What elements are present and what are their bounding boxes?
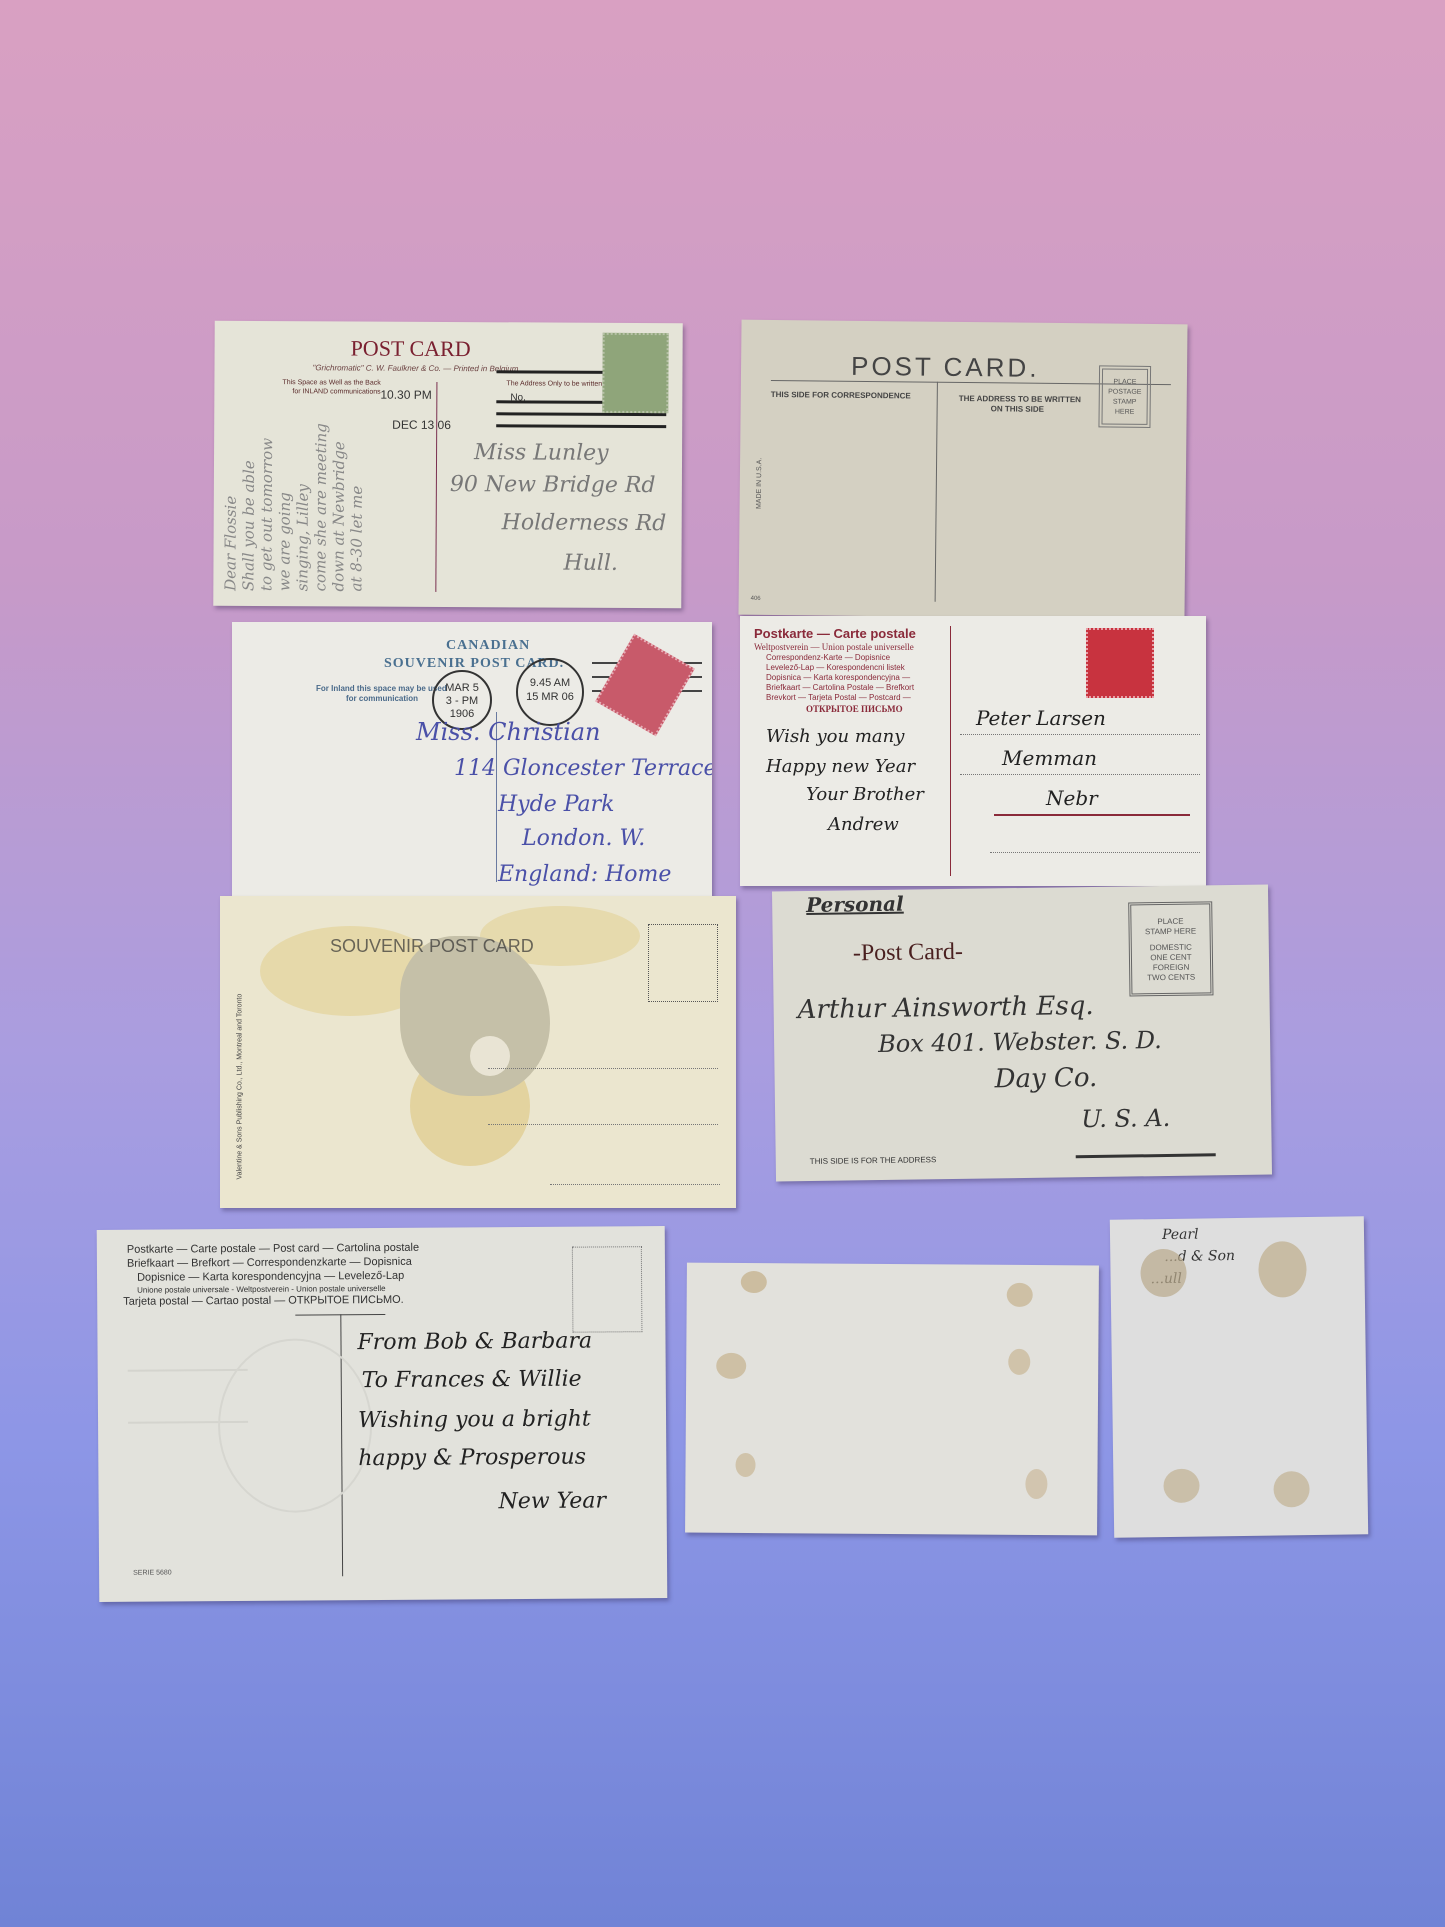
glue-stain <box>741 1271 767 1293</box>
postmark-date: DEC 13 06 <box>392 418 451 432</box>
series-number: SERIE 5680 <box>133 1569 172 1576</box>
left-caption: THIS SIDE FOR CORRESPONDENCE <box>771 390 911 400</box>
red-stamp <box>595 634 695 737</box>
address-line: 114 Gloncester Terrace <box>454 756 712 781</box>
address-footer: THIS SIDE IS FOR THE ADDRESS <box>810 1155 937 1166</box>
divider-line <box>950 626 951 876</box>
multilingual-line: Tarjeta postal — Cartao postal — ОТКРЫТО… <box>123 1294 404 1308</box>
cancel-line <box>496 424 666 428</box>
multilingual-line: Dopisnice — Karta korespondencyjna — Lev… <box>137 1270 404 1284</box>
address-underline <box>994 814 1190 816</box>
postcard-title: Postkarte — Carte postale <box>754 626 916 641</box>
red-stamp <box>1086 628 1154 698</box>
message-line: Your Brother <box>806 784 924 805</box>
right-caption: THE ADDRESS TO BE WRITTEN <box>959 394 1081 404</box>
address-line: Miss. Christian <box>416 718 601 746</box>
address-line: Day Co. <box>994 1063 1097 1094</box>
divider-line <box>435 382 437 592</box>
card-number: 406 <box>751 596 761 602</box>
postcard-fragment-pearl: Pearl ...d & Son ...ull <box>1110 1216 1368 1538</box>
multilingual-line: ОТКРЫТОЕ ПИСЬМО <box>806 704 903 714</box>
caption-2: for communication <box>346 694 418 703</box>
postcard-peter-larsen: Postkarte — Carte postale Weltpostverein… <box>740 616 1206 886</box>
postcard-canadian-souvenir: CANADIAN SOUVENIR POST CARD. For Inland … <box>232 622 712 900</box>
address-dotline <box>550 1184 720 1185</box>
message-line: To Frances & Willie <box>362 1367 582 1394</box>
glue-stain <box>1273 1471 1309 1507</box>
postcard-blank-stained <box>685 1263 1099 1536</box>
message-line: Wish you many <box>766 726 904 747</box>
message-line: come she are meeting <box>311 331 330 591</box>
stamp-box-dotted <box>572 1246 643 1332</box>
postmark-time: 3 - PM <box>434 695 490 708</box>
address-dotline <box>488 1068 718 1069</box>
green-stamp <box>602 333 668 413</box>
postmark-date: MAR 5 <box>434 682 490 695</box>
postcard-bob-barbara: Postkarte — Carte postale — Post card — … <box>97 1226 668 1602</box>
address-line: 90 New Bridge Rd <box>450 472 656 498</box>
stamp-box-line: HERE <box>1103 407 1147 417</box>
message-line: Andrew <box>828 814 899 835</box>
stamp-box-line: PLACE <box>1103 377 1147 387</box>
message-line: Shall you be able <box>239 331 258 591</box>
stamp-box-line: TWO CENTS <box>1132 972 1210 983</box>
address-line: Nebr <box>1046 786 1098 810</box>
address-line: Arthur Ainsworth Esq. <box>797 991 1093 1025</box>
message-line: Dear Flossie <box>221 331 240 591</box>
address-dotline <box>488 1124 718 1125</box>
postcard-title: POST CARD <box>351 335 471 362</box>
address-line: Pearl <box>1162 1227 1199 1244</box>
message-line: happy & Prosperous <box>358 1445 586 1472</box>
multilingual-line: Unione postale universale - Weltpostvere… <box>137 1284 385 1295</box>
message-line: down at Newbridge <box>329 331 348 591</box>
address-line: Peter Larsen <box>976 706 1106 730</box>
publisher-vertical: Valentine & Sons Publishing Co., Ltd., M… <box>237 940 244 1180</box>
glue-stain <box>1140 1249 1187 1298</box>
message-line: From Bob & Barbara <box>357 1329 592 1356</box>
postmark-date: 15 MR 06 <box>518 690 582 704</box>
message-line: we are going <box>275 331 294 591</box>
postcard-hull: POST CARD "Grichromatic" C. W. Faulkner … <box>213 321 682 608</box>
multilingual-line: Dopisnica — Karta korespondencyjna — <box>766 673 910 682</box>
stamp-box-line: POSTAGE <box>1103 387 1147 397</box>
underline-stroke <box>1076 1153 1216 1158</box>
multilingual-line: Postkarte — Carte postale — Post card — … <box>127 1242 419 1256</box>
address-line: England: Home <box>498 862 671 887</box>
stamp-box: PLACE STAMP HERE DOMESTIC ONE CENT FOREI… <box>1128 901 1213 996</box>
postcard-title: POST CARD. <box>851 351 1040 384</box>
stamp-box-line: STAMP <box>1103 397 1147 407</box>
address-line: Box 401. Webster. S. D. <box>878 1026 1162 1058</box>
multilingual-line: Briefkaart — Brefkort — Correspondenzkar… <box>127 1256 412 1270</box>
postcard-title: CANADIAN <box>446 638 530 654</box>
made-in-usa: MADE IN U.S.A. <box>756 458 764 509</box>
message-line: New Year <box>499 1488 607 1514</box>
glue-stain <box>1163 1469 1199 1503</box>
address-dotline <box>960 734 1200 735</box>
postcard-title: SOUVENIR POST CARD <box>330 936 534 957</box>
multilingual-line: Levelező-Lap — Korespondencni listek <box>766 663 905 672</box>
postcard-title: -Post Card- <box>853 939 963 968</box>
personal-annotation: Personal <box>806 892 904 917</box>
glue-stain <box>1008 1349 1030 1375</box>
stamp-box: PLACE POSTAGE STAMP HERE <box>1098 365 1151 428</box>
message-line: to get out tomorrow <box>257 331 276 591</box>
divider-line <box>935 382 938 602</box>
address-dotline <box>960 774 1200 775</box>
address-line: Memman <box>1002 746 1097 770</box>
postcard-blank-usa: POST CARD. THIS SIDE FOR CORRESPONDENCE … <box>738 320 1187 620</box>
message-line: at 8-30 let me <box>347 331 366 591</box>
right-caption-2: ON THIS SIDE <box>991 404 1044 414</box>
multilingual-line: Weltpostverein — Union postale universel… <box>754 642 914 652</box>
postcard-ainsworth: Personal -Post Card- PLACE STAMP HERE DO… <box>772 885 1272 1182</box>
glue-stain <box>716 1353 746 1379</box>
address-line: U. S. A. <box>1081 1104 1170 1133</box>
peeled-patch <box>470 1036 510 1076</box>
embossed-flower <box>217 1338 372 1513</box>
address-line: Miss Lunley <box>474 440 609 466</box>
stamp-box-dotted <box>648 924 718 1002</box>
multilingual-line: Brevkort — Tarjeta Postal — Postcard — <box>766 693 911 702</box>
handwritten-message: Dear Flossie Shall you be able to get ou… <box>221 331 366 592</box>
postmark-paddington: 9.45 AM 15 MR 06 <box>516 658 584 726</box>
address-line: Holderness Rd <box>502 510 667 536</box>
caption: For Inland this space may be used <box>316 684 447 693</box>
postcard-damaged-souvenir: SOUVENIR POST CARD Valentine & Sons Publ… <box>220 896 736 1208</box>
multilingual-line: Briefkaart — Cartolina Postale — Brefkor… <box>766 683 914 692</box>
message-line: Happy new Year <box>766 756 915 777</box>
message-line: singing, Lilley <box>293 331 312 591</box>
glue-stain <box>735 1453 755 1477</box>
postmark-time: 9.45 AM <box>518 676 582 690</box>
address-line: Hyde Park <box>498 792 615 817</box>
address-line: Hull. <box>563 551 618 576</box>
glue-stain <box>1258 1241 1307 1298</box>
address-line: London. W. <box>522 826 645 851</box>
glue-stain <box>1025 1469 1047 1499</box>
postmark-time: 10.30 PM <box>380 388 431 402</box>
glue-stain <box>1007 1283 1033 1307</box>
address-dotline <box>990 852 1200 853</box>
multilingual-line: Correspondenz-Karte — Dopisnice <box>766 653 890 662</box>
message-line: Wishing you a bright <box>358 1407 591 1434</box>
